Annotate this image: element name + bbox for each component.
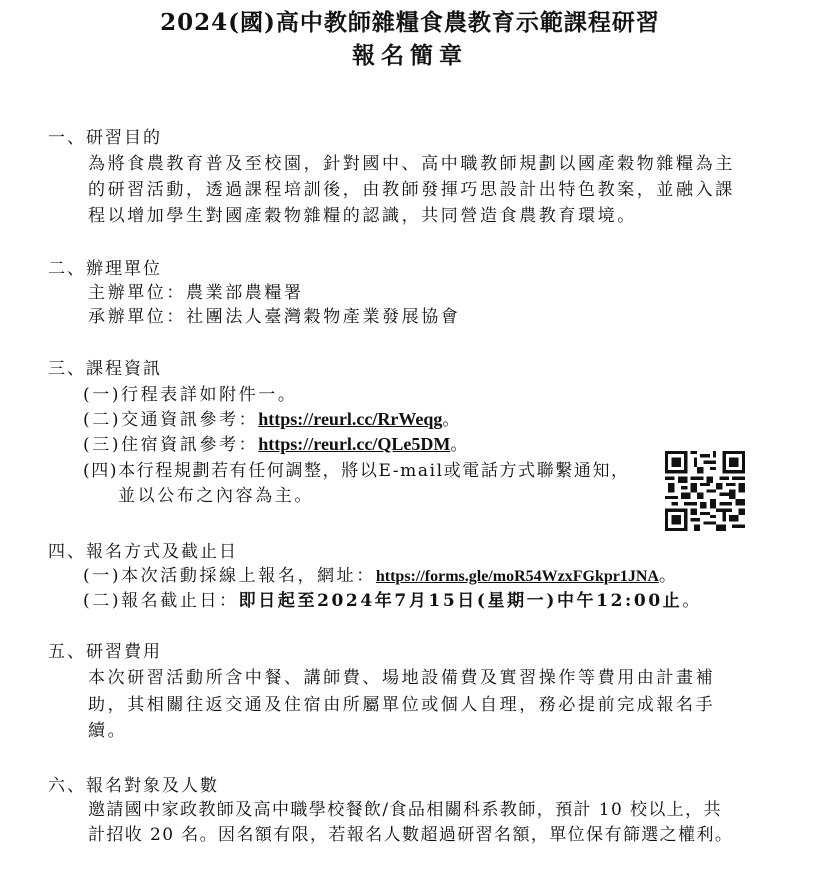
paragraph-line: 助，其相關往返交通及住宿由所屬單位或個人自理，務必提前完成報名手 xyxy=(88,690,715,715)
section-heading-purpose: 一、研習目的 xyxy=(48,123,162,148)
course-item-changes: (四)本行程規劃若有任何調整，將以E-mail或電話方式聯繫通知， xyxy=(83,456,630,481)
paragraph-line: 為將食農教育普及至校園，針對國中、高中職教師規劃以國產穀物雜糧為主 xyxy=(88,149,735,174)
deadline-value: 即日起至2024年7月15日(星期一)中午12:00止 xyxy=(239,591,683,611)
paragraph-line: 程以增加學生對國產穀物雜糧的認識，共同營造食農教育環境。 xyxy=(88,201,637,226)
deadline-label: (二)報名截止日： xyxy=(83,591,239,611)
document-title: 2024(國)高中教師雜糧食農教育示範課程研習 xyxy=(0,4,820,37)
co-organizer-line: 承辦單位：社團法人臺灣穀物產業發展協會 xyxy=(88,302,460,327)
registration-deadline: (二)報名截止日：即日起至2024年7月15日(星期一)中午12:00止。 xyxy=(83,586,702,611)
section-heading-organizers: 二、辦理單位 xyxy=(48,254,162,279)
course-item-schedule: (一)行程表詳如附件一。 xyxy=(83,380,297,405)
registration-form-link[interactable]: https://forms.gle/moR54WzxFGkpr1JNA xyxy=(376,568,659,585)
lodging-label: (三)住宿資訊參考： xyxy=(83,435,258,455)
course-item-lodging: (三)住宿資訊參考：https://reurl.cc/QLe5DM。 xyxy=(83,430,470,455)
paragraph-line: 的研習活動，透過課程培訓後，由教師發揮巧思設計出特色教案，並融入課 xyxy=(88,175,735,200)
section-heading-registration: 四、報名方式及截止日 xyxy=(48,537,238,562)
organizer-line: 主辦單位：農業部農糧署 xyxy=(88,278,304,303)
lodging-link[interactable]: https://reurl.cc/QLe5DM xyxy=(258,434,450,454)
registration-label: (一)本次活動採線上報名，網址： xyxy=(83,566,376,586)
section-heading-course-info: 三、課程資訊 xyxy=(48,354,162,379)
transport-link[interactable]: https://reurl.cc/RrWeqg xyxy=(258,409,442,429)
paragraph-line: 本次研習活動所含中餐、講師費、場地設備費及實習操作等費用由計畫補 xyxy=(88,663,715,688)
period: 。 xyxy=(659,566,679,586)
qr-code[interactable] xyxy=(665,451,745,531)
document-subtitle: 報名簡章 xyxy=(0,37,820,70)
transport-label: (二)交通資訊參考： xyxy=(83,410,258,430)
paragraph-line: 計招收 20 名。因名額有限，若報名人數超過研習名額，單位保有篩選之權利。 xyxy=(88,820,733,845)
course-item-changes-cont: 並以公布之內容為主。 xyxy=(118,481,314,506)
period: 。 xyxy=(450,435,470,455)
section-heading-participants: 六、報名對象及人數 xyxy=(48,771,219,796)
period: 。 xyxy=(442,410,462,430)
period: 。 xyxy=(682,591,702,611)
course-item-transport: (二)交通資訊參考：https://reurl.cc/RrWeqg。 xyxy=(83,405,462,430)
paragraph-line: 續。 xyxy=(88,716,127,741)
paragraph-line: 邀請國中家政教師及高中職學校餐飲/食品相關科系教師，預計 10 校以上，共 xyxy=(88,795,722,820)
registration-method: (一)本次活動採線上報名，網址：https://forms.gle/moR54W… xyxy=(83,561,679,586)
section-heading-fees: 五、研習費用 xyxy=(48,637,162,662)
